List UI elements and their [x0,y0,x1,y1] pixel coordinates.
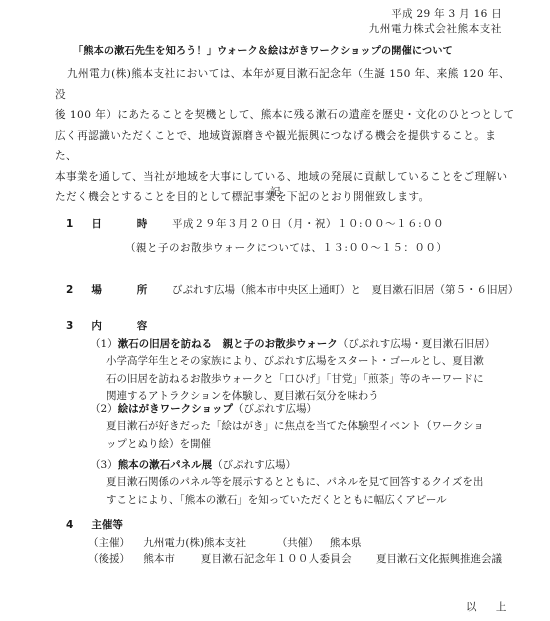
section-organizers-heading: 4 主催等 [66,517,123,532]
supporter-name: 熊本市 [143,551,197,566]
section-label: 主催等 [91,517,123,532]
section-label-part: 容 [137,318,148,333]
intro-paragraph: 九州電力(株)熊本支社においては、本年が夏目漱石記念年（生誕 150 年、来熊 … [55,64,517,208]
section-number: 3 [66,320,88,332]
section-datetime: 1 日 時 平成２９年３月２０日（月・祝）１０:００～１６:００ [66,216,444,231]
section-place: 2 場 所 びぷれす広場（熊本市中央区上通町）と 夏目漱石旧居（第５・６旧居） [66,282,519,297]
item-body-line: ップとぬり絵）を開催 [106,436,484,454]
section-label-part: 日 [91,216,133,231]
section-label-part: 場 [91,282,133,297]
item-title: 漱石の旧居を訪ねる 親と子のお散歩ウォーク [118,338,338,350]
item-body-line: 石の旧居を訪ねるお散歩ウォークと「口ひげ」「甘党」「煎茶」等のキーワードに [106,371,484,389]
intro-line: 九州電力(株)熊本支社においては、本年が夏目漱石記念年（生誕 150 年、来熊 … [55,64,517,105]
content-item-heading: （2）絵はがきワークショップ（びぷれす広場） [90,401,317,416]
section-number: 1 [66,218,88,230]
content-item-heading: （1）漱石の旧居を訪ねる 親と子のお散歩ウォーク（びぷれす広場・夏目漱石旧居） [90,336,495,351]
closing-mark: 以 上 [466,599,514,614]
item-body-line: 小学高学年生とその家族により、びぷれす広場をスタート・ゴールとし、夏目漱 [106,353,484,371]
support-row: （後援） 熊本市 夏目漱石記念年１００人委員会 夏目漱石文化振興推進会議 [88,551,502,566]
host-row: （主催） 九州電力(株)熊本支社 （共催） 熊本県 [88,535,362,550]
intro-line: ただく機会とすることを目的として標記事業を下記のとおり開催致します。 [55,187,517,208]
section-label-part: 時 [137,216,169,231]
cohost-name: 熊本県 [330,535,362,550]
supporter-name: 夏目漱石文化振興推進会議 [376,551,502,566]
content-item-body: 小学高学年生とその家族により、びぷれす広場をスタート・ゴールとし、夏目漱 石の旧… [106,353,484,406]
item-venue: （びぷれす広場・夏目漱石旧居） [338,338,496,350]
document-title: 「熊本の漱石先生を知ろう！」ウォーク＆絵はがきワークショップの開催について [73,42,453,57]
section-content-heading: 3 内 容 [66,318,147,333]
ki-heading: 記 [270,184,281,199]
document-date: 平成 29 年 3 月 16 日 [391,6,502,21]
item-body-line: 夏目漱石関係のパネル等を展示するとともに、パネルを見て回答するクイズを出 [106,474,483,492]
datetime-value: 平成２９年３月２０日（月・祝）１０:００～１６:００ [172,218,444,230]
intro-line: 本事業を通して、当社が地域を大事にしている、地域の発展に貢献していることをご理解… [55,167,517,188]
section-label-part: 内 [91,318,133,333]
cohost-label: （共催） [277,535,327,550]
item-body-line: 夏目漱石が好きだった「絵はがき」に焦点を当てた体験型イベント（ワークショ [106,418,484,436]
item-venue: （びぷれす広場） [233,403,317,415]
host-name: 九州電力(株)熊本支社 [143,535,273,550]
section-number: 2 [66,284,88,296]
host-label: （主催） [88,535,140,550]
item-marker: （1） [90,338,118,350]
item-title: 絵はがきワークショップ [118,403,233,415]
item-marker: （2） [90,403,118,415]
item-title: 熊本の漱石パネル展 [118,459,213,471]
content-item-body: 夏目漱石関係のパネル等を展示するとともに、パネルを見て回答するクイズを出 すこと… [106,474,483,509]
support-label: （後援） [88,551,140,566]
section-number: 4 [66,519,88,531]
intro-line: 広く再認識いただくことで、地域資源磨きや観光振興につなげる機会を提供すること。ま… [55,126,517,167]
walk-time-note: （親と子のお散歩ウォークについては、１３:００～１５：００） [125,240,447,255]
issuer-name: 九州電力株式会社熊本支社 [369,21,502,36]
supporter-name: 夏目漱石記念年１００人委員会 [201,551,373,566]
item-venue: （びぷれす広場） [212,459,296,471]
intro-line: 後 100 年）にあたることを契機として、熊本に残る漱石の遺産を歴史・文化のひと… [55,105,517,126]
item-body-line: すことにより、「熊本の漱石」を知っていただくとともに幅広くアピール [106,492,483,510]
section-label-part: 所 [137,282,169,297]
place-value: びぷれす広場（熊本市中央区上通町）と 夏目漱石旧居（第５・６旧居） [172,284,519,296]
item-marker: （3） [90,459,118,471]
content-item-body: 夏目漱石が好きだった「絵はがき」に焦点を当てた体験型イベント（ワークショ ップと… [106,418,484,453]
content-item-heading: （3）熊本の漱石パネル展（びぷれす広場） [90,457,296,472]
